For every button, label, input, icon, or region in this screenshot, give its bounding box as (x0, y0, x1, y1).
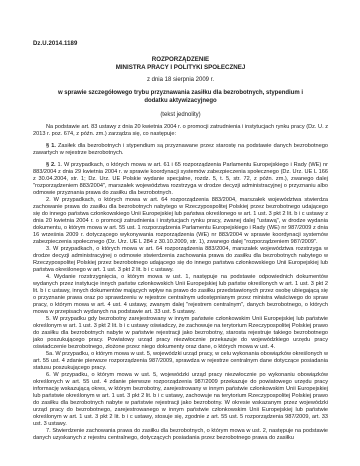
body-paragraph: § 2. 1. W przypadkach, o których mowa w … (33, 162, 328, 197)
body-paragraph: 4. Wydanie rozstrzygnięcia, o którym mow… (33, 274, 328, 316)
paragraph-text: 2. W przypadkach, o których mowa w art. … (33, 197, 328, 245)
title-line-1: ROZPORZĄDZENIE (33, 56, 328, 64)
body-paragraph: § 1. Zasiłek dla bezrobotnych i stypendi… (33, 143, 328, 157)
body-paragraph: 3. W przypadkach, o których mowa w art. … (33, 246, 328, 274)
document-body: Na podstawie art. 83 ustawy z dnia 20 kw… (33, 124, 328, 442)
document-content: Dz.U.2014.1189 ROZPORZĄDZENIE MINISTRA P… (0, 0, 360, 442)
body-paragraph: 7. Stwierdzenie zachowania prawa do zasi… (33, 428, 328, 442)
paragraph-prefix: § 2. (46, 162, 57, 168)
paragraph-prefix: § 1. (46, 143, 58, 149)
title-line-2: MINISTRA PRACY I POLITYKI SPOŁECZNEJ (33, 64, 328, 72)
paragraph-text: 1. W przypadkach, o których mowa w art. … (33, 162, 328, 196)
paragraph-text: 6. W przypadku, o którym mowa w ust. 5, … (33, 372, 328, 427)
body-paragraph: Na podstawie art. 83 ustawy z dnia 20 kw… (33, 124, 328, 138)
paragraph-text: 7. Stwierdzenie zachowania prawa do zasi… (33, 428, 328, 441)
docket-number: Dz.U.2014.1189 (33, 41, 328, 47)
paragraph-text: 4. Wydanie rozstrzygnięcia, o którym mow… (33, 274, 328, 315)
consolidation-note: (tekst jednolity) (33, 112, 328, 118)
body-paragraph: 5a. W przypadku, o którym mowa w ust. 5,… (33, 351, 328, 372)
document-subject: w sprawie szczegółowego trybu przyznawan… (33, 90, 328, 105)
paragraph-text: Na podstawie art. 83 ustawy z dnia 20 kw… (33, 124, 328, 137)
paragraph-text: 5. W przypadku gdy bezrobotny zarejestro… (33, 316, 328, 350)
document-header: ROZPORZĄDZENIE MINISTRA PRACY I POLITYKI… (33, 56, 328, 118)
document-page: Dz.U.2014.1189 ROZPORZĄDZENIE MINISTRA P… (0, 0, 360, 466)
document-title: ROZPORZĄDZENIE MINISTRA PRACY I POLITYKI… (33, 56, 328, 71)
paragraph-text: 5a. W przypadku, o którym mowa w ust. 5,… (33, 351, 328, 371)
document-date: z dnia 18 sierpnia 2009 r. (33, 77, 328, 83)
body-paragraph: 6. W przypadku, o którym mowa w ust. 5, … (33, 372, 328, 428)
body-paragraph: 2. W przypadkach, o których mowa w art. … (33, 197, 328, 246)
paragraph-text: Zasiłek dla bezrobotnych i stypendium są… (33, 143, 328, 156)
paragraph-text: 3. W przypadkach, o których mowa w art. … (33, 246, 328, 273)
body-paragraph: 5. W przypadku gdy bezrobotny zarejestro… (33, 316, 328, 351)
